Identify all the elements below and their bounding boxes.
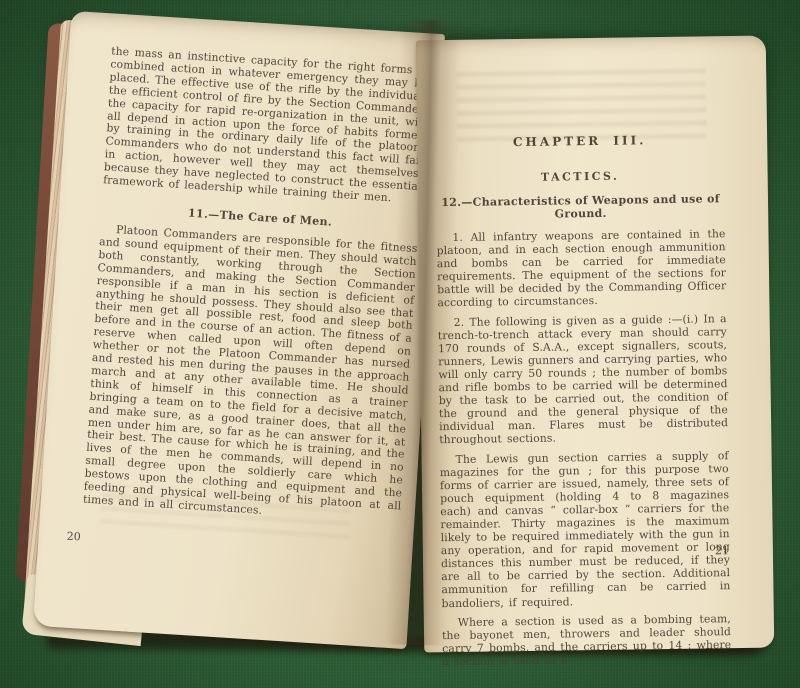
chapter-heading: CHAPTER III.: [435, 132, 724, 150]
open-book: the mass an instinctive capacity for the…: [0, 0, 800, 688]
right-paragraph-2: 2. The following is given as a guide :—(…: [438, 312, 729, 447]
left-page: the mass an instinctive capacity for the…: [33, 11, 445, 649]
right-page-text: CHAPTER III. TACTICS. 12.—Characteristic…: [435, 132, 731, 668]
right-section-heading: 12.—Characteristics of Weapons and use o…: [436, 192, 725, 222]
chapter-subheading: TACTICS.: [436, 168, 725, 185]
right-paragraph-1: 1. All infantry weapons are contained in…: [436, 227, 726, 310]
right-page: CHAPTER III. TACTICS. 12.—Characteristic…: [416, 36, 775, 653]
left-page-number: 20: [66, 530, 81, 544]
left-paragraph-continuation: the mass an instinctive capacity for the…: [103, 45, 429, 207]
right-paragraph-3: The Lewis gun section carries a supply o…: [440, 449, 731, 610]
right-paragraph-4: Where a section is used as a bombing tea…: [442, 612, 732, 668]
photo-background: the mass an instinctive capacity for the…: [0, 0, 800, 688]
right-page-number: 21: [715, 544, 729, 557]
show-through-ghosting: [456, 66, 707, 141]
left-paragraph-care-of-men: Platoon Commanders are responsible for t…: [83, 223, 418, 526]
left-page-text: the mass an instinctive capacity for the…: [83, 45, 429, 526]
